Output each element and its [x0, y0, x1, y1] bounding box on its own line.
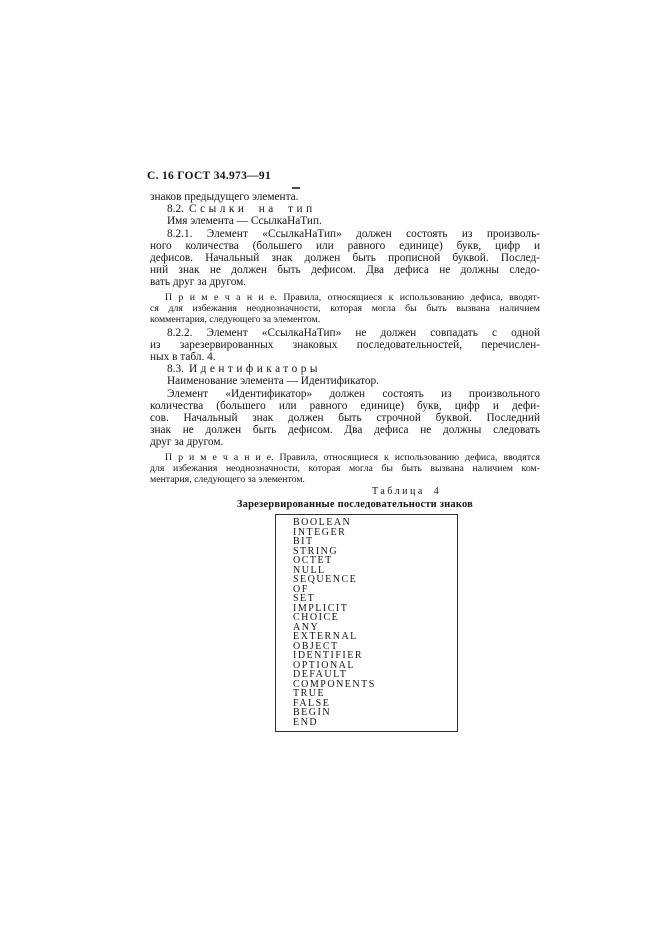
- section-title: Идентификаторы: [189, 363, 321, 375]
- reserved-word: SEQUENCE: [293, 575, 457, 585]
- text-line: 8.2.1. Элемент «СсылкаНаТип» должен сост…: [150, 228, 540, 240]
- text-line: дефисов. Начальный знак должен быть проп…: [150, 252, 540, 264]
- table-title: Зарезервированные последовательности зна…: [160, 499, 550, 511]
- text-line: количества (большего или равного единице…: [150, 400, 540, 412]
- note-line: П р и м е ч а н и е. Правила, относящиес…: [150, 452, 540, 463]
- paragraph-8-2-1: 8.2.1. Элемент «СсылкаНаТип» должен сост…: [150, 228, 540, 289]
- paragraph-identifier: Элемент «Идентификатор» должен состоять …: [150, 388, 540, 449]
- paragraph-element-name: Имя элемента — СсылкаНаТип.: [150, 215, 540, 227]
- note-line: ментария, следующего за элементом.: [150, 474, 540, 485]
- text-line: вать друг за другом.: [150, 276, 540, 288]
- text-line: сов. Начальный знак должен быть строчной…: [150, 412, 540, 424]
- table-caption: Таблица 4: [372, 486, 540, 498]
- note-line: для избежания неоднозначности, которая м…: [150, 463, 540, 474]
- page-header: С. 16 ГОСТ 34.973—91: [147, 170, 271, 182]
- reserved-word: END: [293, 718, 457, 728]
- section-number: 8.2.: [167, 203, 184, 215]
- scan-artifact-dash: [292, 187, 300, 189]
- content-column: знаков предыдущего элемента. 8.2.Ссылки …: [150, 191, 540, 732]
- document-page: С. 16 ГОСТ 34.973—91 знаков предыдущего …: [0, 0, 661, 935]
- text-line: друг за другом.: [150, 436, 540, 448]
- note-2: П р и м е ч а н и е. Правила, относящиес…: [150, 452, 540, 485]
- text-line: 8.2.2. Элемент «СсылкаНаТип» не должен с…: [150, 327, 540, 339]
- reserved-words-table: BOOLEANINTEGERBITSTRINGOCTETNULLSEQUENCE…: [275, 514, 458, 732]
- section-title: Ссылки на тип: [189, 203, 316, 215]
- text-line: из зарезервированных знаковых последоват…: [150, 339, 540, 351]
- text-line: ний знак не должен быть дефисом. Два деф…: [150, 264, 540, 276]
- note-line: ся для избежания неоднозначности, котора…: [150, 303, 540, 314]
- text-line: знак не должен быть дефисом. Два дефиса …: [150, 424, 540, 436]
- section-heading-8-3: 8.3.Идентификаторы: [150, 363, 540, 375]
- text-line: Элемент «Идентификатор» должен состоять …: [150, 388, 540, 400]
- paragraph-element-naming: Наименование элемента — Идентификатор.: [150, 375, 540, 387]
- text-line: ного количества (большего или равного ед…: [150, 240, 540, 252]
- paragraph-8-2-2: 8.2.2. Элемент «СсылкаНаТип» не должен с…: [150, 327, 540, 364]
- note-line: комментария, следующего за элементом.: [150, 314, 540, 325]
- section-number: 8.3.: [167, 363, 184, 375]
- text-line: ных в табл. 4.: [150, 351, 540, 363]
- reserved-word: OF: [293, 585, 457, 595]
- paragraph-continuation: знаков предыдущего элемента.: [150, 191, 540, 203]
- reserved-word: INTEGER: [293, 528, 457, 538]
- note-line: П р и м е ч а н и е. Правила, относящиес…: [150, 292, 540, 303]
- section-heading-8-2: 8.2.Ссылки на тип: [150, 203, 540, 215]
- note-1: П р и м е ч а н и е. Правила, относящиес…: [150, 292, 540, 325]
